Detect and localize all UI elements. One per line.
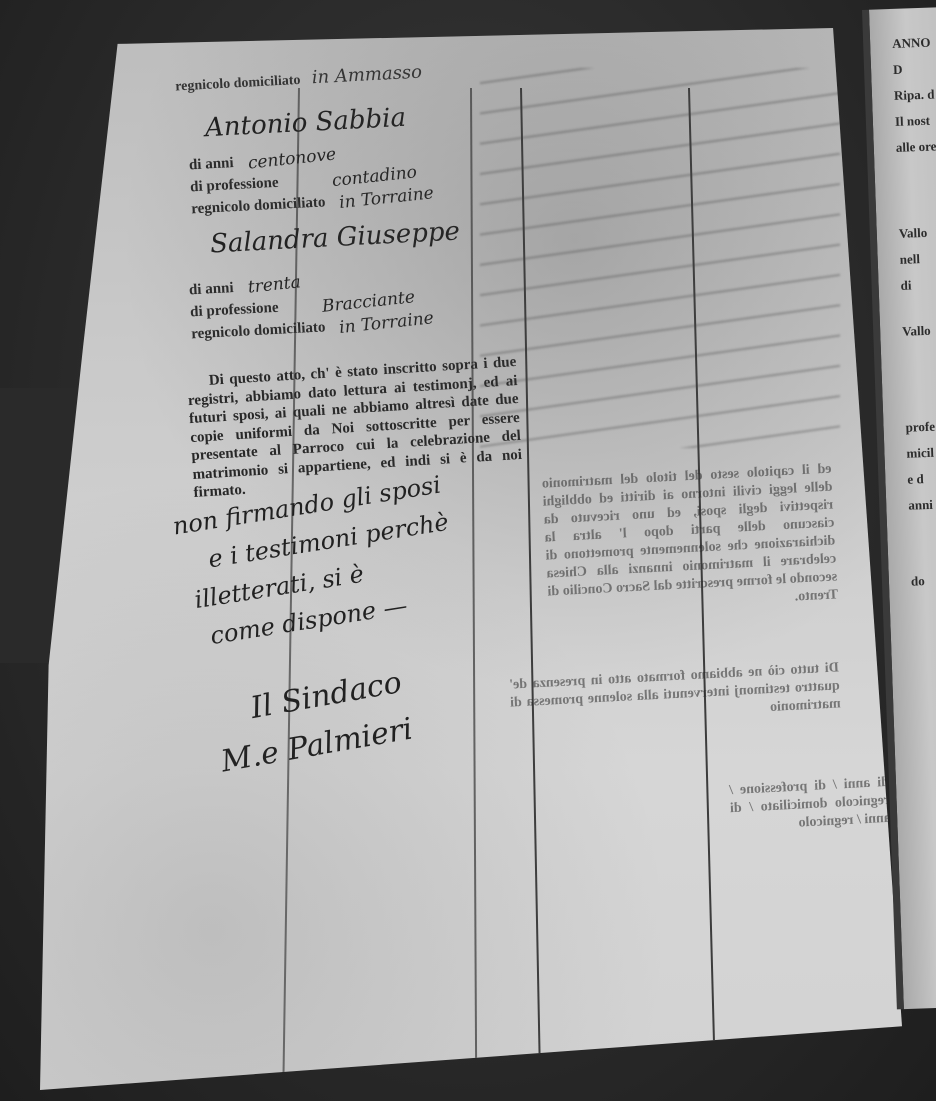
adjacent-line: Ripa. d bbox=[872, 81, 936, 110]
adjacent-line: micil bbox=[884, 438, 936, 467]
bleed-through-text-2: Di tutto ciò ne abbiamo formato atto in … bbox=[509, 659, 841, 730]
witness-1-fields: di anni centonove di professione contadi… bbox=[188, 142, 434, 221]
witness-1-name: Antonio Sabbia bbox=[204, 103, 406, 143]
adjacent-line: e d bbox=[885, 464, 936, 493]
adjacent-line: ANNO bbox=[870, 29, 936, 58]
witness-2-name: Salandra Giuseppe bbox=[209, 216, 460, 259]
profession-label: di professione bbox=[190, 300, 279, 322]
adjacent-line: alle ore bbox=[873, 133, 936, 162]
adjacent-line: anni bbox=[886, 490, 936, 519]
header-handwritten: in Ammasso bbox=[311, 62, 422, 89]
adjacent-line: Il nost bbox=[872, 107, 936, 136]
register-page: regnicolo domiciliato in Ammasso Antonio… bbox=[40, 28, 902, 1090]
age-label: di anni bbox=[189, 155, 234, 174]
witness-1-block: Antonio Sabbia bbox=[205, 108, 406, 138]
witness-2-block: Salandra Giuseppe bbox=[210, 223, 460, 253]
residence-label: regnicolo domiciliato bbox=[191, 319, 326, 343]
adjacent-line: nell bbox=[877, 244, 936, 273]
adjacent-line: Vallo bbox=[876, 218, 936, 247]
witness-2-fields: di anni trenta di professione Bracciante… bbox=[188, 267, 434, 346]
age-value: trenta bbox=[247, 272, 302, 297]
adjacent-line: do bbox=[889, 566, 936, 595]
profession-label: di professione bbox=[190, 175, 279, 197]
adjacent-line: profe bbox=[883, 412, 936, 441]
adjacent-line: di bbox=[878, 270, 936, 299]
bleed-through-handwriting bbox=[480, 68, 840, 448]
residence-label: regnicolo domiciliato bbox=[191, 194, 326, 218]
adjacent-line: Vallo bbox=[880, 316, 936, 345]
bleed-through-text-3: di anni / di professione / regnicolo dom… bbox=[729, 774, 892, 836]
signature-palmieri: M.e Palmieri bbox=[218, 711, 415, 779]
bleed-through-text-1: ed il capitolo sesto del titolo del matr… bbox=[541, 461, 838, 620]
header-printed: regnicolo domiciliato bbox=[175, 73, 301, 95]
age-label: di anni bbox=[189, 280, 234, 299]
adjacent-line: D bbox=[871, 55, 936, 84]
